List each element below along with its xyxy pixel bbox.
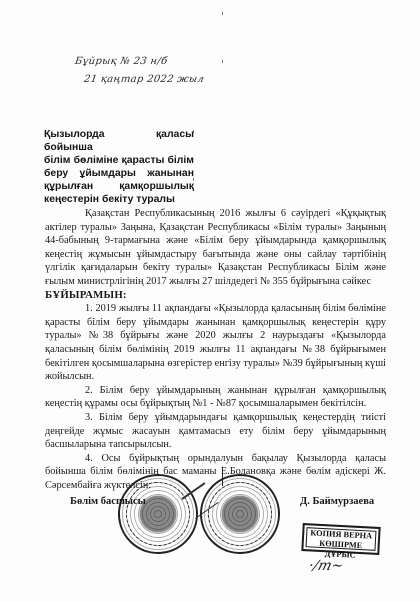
handwritten-order-date: 21 қаңтар 2022 жыл <box>83 74 205 85</box>
handwritten-order-number: Бұйрық № 23 н/б <box>74 56 168 67</box>
document-page: Бұйрық № 23 н/б 21 қаңтар 2022 жыл Қызыл… <box>0 0 420 602</box>
title-line: Қызылорда қаласы бойынша <box>44 128 194 154</box>
order-item-3: 3. Білім беру ұйымдарындағы қамқоршылық … <box>45 411 386 452</box>
document-body: Қазақстан Республикасының 2016 жылғы 6 с… <box>45 207 386 492</box>
order-item-2: 2. Білім беру ұйымдарының жанынан құрылғ… <box>45 384 386 411</box>
copy-certified-stamp: КОПИЯ ВЕРНА КӨШІРМЕ ДҰРЫС <box>301 523 380 555</box>
preamble-paragraph: Қазақстан Республикасының 2016 жылғы 6 с… <box>45 207 386 289</box>
title-line: беру ұйымдары жанынан <box>44 167 194 180</box>
certifier-signature: ·/m~ <box>307 558 345 574</box>
signatory-name: Д. Баймурзаева <box>300 496 374 507</box>
title-line: құрылған қамқоршылық <box>44 180 194 193</box>
document-title: Қызылорда қаласы бойынша білім бөліміне … <box>44 128 194 206</box>
order-item-1: 1. 2019 жылғы 11 ақпандағы «Қызылорда қа… <box>45 302 386 384</box>
order-heading: БҰЙЫРАМЫН: <box>45 289 386 303</box>
scan-speck <box>222 60 223 63</box>
title-line: білім бөліміне қарасты білім <box>44 154 194 167</box>
scan-speck <box>222 12 223 15</box>
scan-mark <box>222 468 223 486</box>
title-line: кеңестерін бекіту туралы <box>44 193 194 206</box>
signatory-position: Бөлім басшысы <box>70 496 146 507</box>
